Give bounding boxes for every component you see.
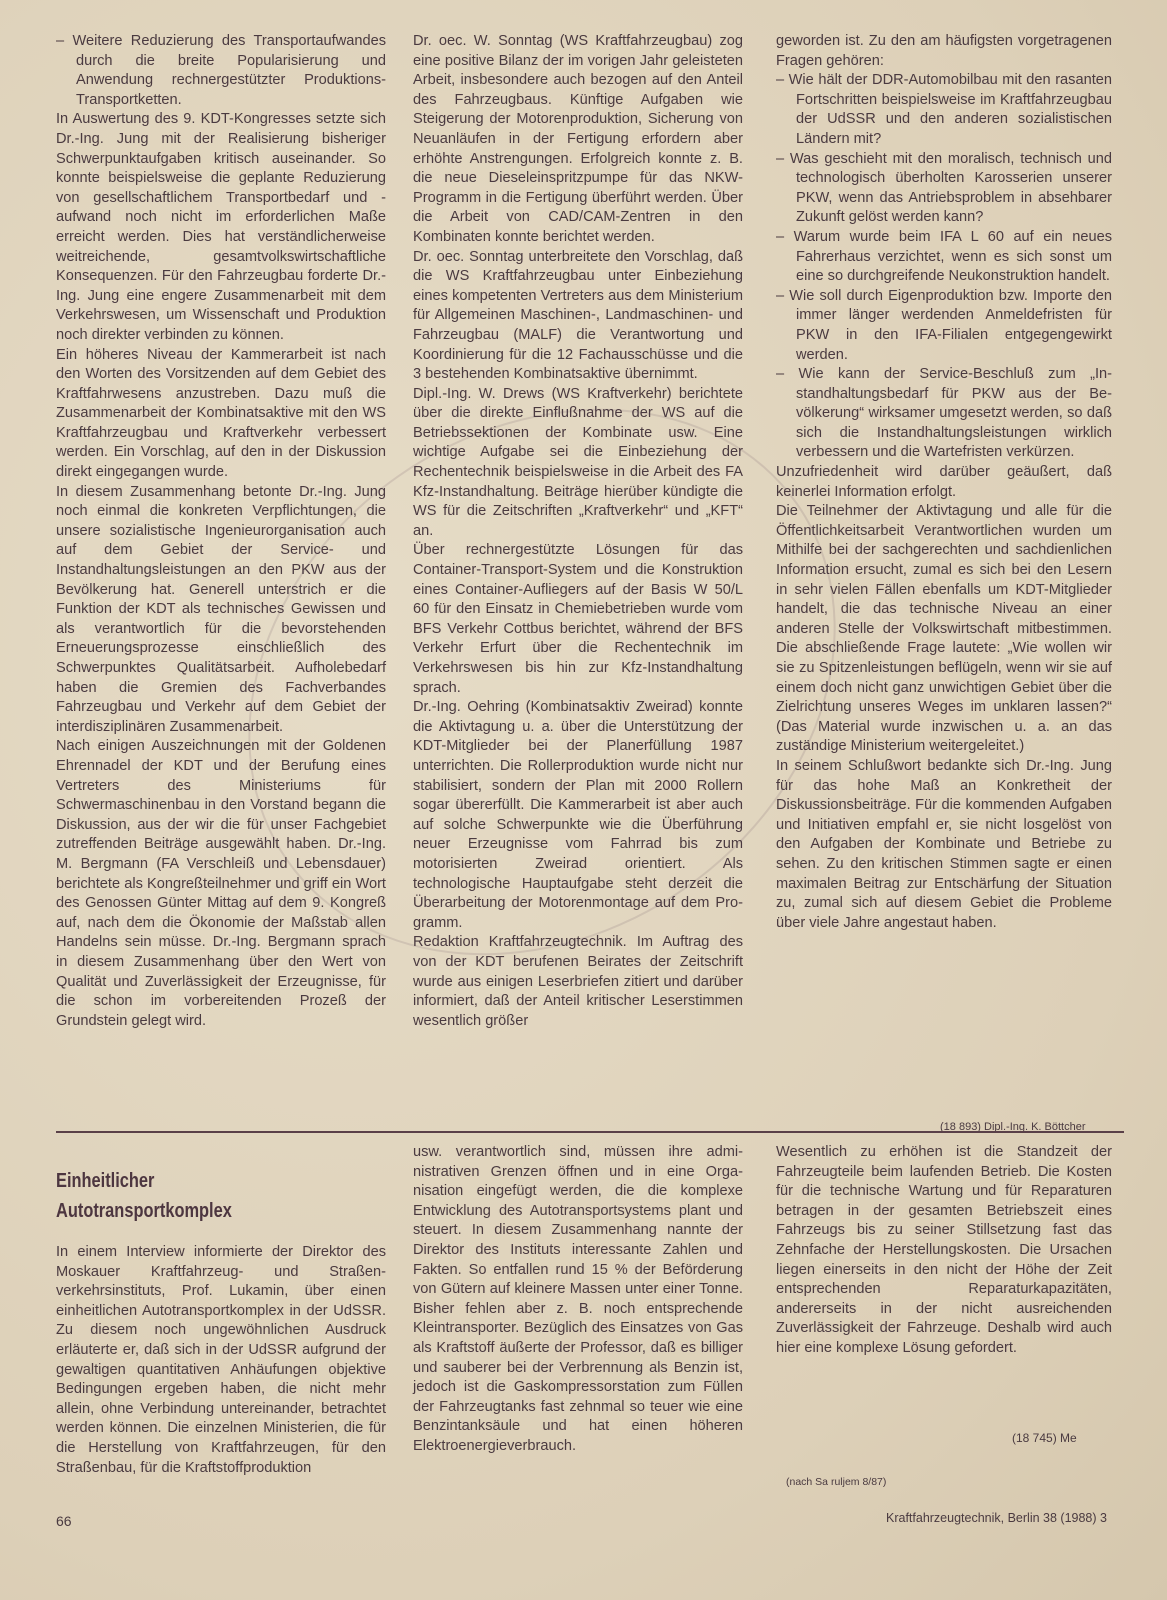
paragraph: Über rechnergestützte Lösungen für das C… <box>413 541 743 698</box>
paragraph: In diesem Zusammenhang betonte Dr.-Ing. … <box>56 483 386 738</box>
article1-column-2: Dr. oec. W. Sonntag (WS Kraftfahrzeug­ba… <box>413 32 743 1031</box>
paragraph: Ein höheres Niveau der Kammerarbeit ist … <box>56 346 386 483</box>
paragraph: In seinem Schlußwort bedankte sich Dr.-I… <box>776 757 1112 933</box>
bullet-item: – Wie hält der DDR-Automobilbau mit den … <box>776 71 1112 149</box>
article1-column-1: – Weitere Reduzierung des Transportauf­w… <box>56 32 386 1031</box>
bullet-item: – Weitere Reduzierung des Transportauf­w… <box>56 32 386 110</box>
paragraph: In Auswertung des 9. KDT-Kongresses setz… <box>56 110 386 345</box>
bullet-item: – Was geschieht mit den moralisch, tech­… <box>776 150 1112 228</box>
article2-signature: (18 745) Me <box>1012 1431 1077 1445</box>
paragraph: Dr. oec. W. Sonntag (WS Kraftfahrzeug­ba… <box>413 32 743 248</box>
paragraph: Dr. oec. Sonntag unterbreitete den Vor­s… <box>413 248 743 385</box>
article2-column-3: Wesentlich zu erhöhen ist die Standzeit … <box>776 1143 1112 1359</box>
bullet-item: – Wie kann der Service-Beschluß zum „In­… <box>776 365 1112 463</box>
paragraph: usw. verantwortlich sind, müssen ihre ad… <box>413 1143 743 1457</box>
paragraph: Nach einigen Auszeichnungen mit der Gol­… <box>56 737 386 1031</box>
bullet-item: – Wie soll durch Eigenproduktion bzw. Im… <box>776 287 1112 365</box>
paragraph: Die Teilnehmer der Aktivtagung und alle … <box>776 502 1112 757</box>
paragraph: geworden ist. Zu den am häufigsten vorge… <box>776 32 1112 71</box>
article2-column-1: In einem Interview informierte der Direk… <box>56 1243 386 1478</box>
paragraph: Dipl.-Ing. W. Drews (WS Kraftverkehr) be… <box>413 385 743 542</box>
page-number: 66 <box>56 1513 72 1529</box>
headline-line-1: Einheitlicher <box>56 1166 232 1196</box>
article2-source: (nach Sa ruljem 8/87) <box>786 1476 886 1488</box>
paragraph: Unzufriedenheit wird darüber geäußert, d… <box>776 463 1112 502</box>
bullet-item: – Warum wurde beim IFA L 60 auf ein neue… <box>776 228 1112 287</box>
magazine-page: – Weitere Reduzierung des Transportauf­w… <box>0 0 1167 1600</box>
headline-line-2: Autotransportkomplex <box>56 1196 232 1226</box>
paragraph: Redaktion Kraftfahrzeugtechnik. Im Auf­t… <box>413 933 743 1031</box>
paragraph: Wesentlich zu erhöhen ist die Standzeit … <box>776 1143 1112 1359</box>
journal-citation: Kraftfahrzeugtechnik, Berlin 38 (1988) 3 <box>886 1511 1107 1525</box>
article1-column-3: geworden ist. Zu den am häufigsten vorge… <box>776 32 1112 933</box>
paragraph: In einem Interview informierte der Direk… <box>56 1243 386 1478</box>
article2-headline: Einheitlicher Autotransportkomplex <box>56 1166 232 1226</box>
paragraph: Dr.-Ing. Oehring (Kombinatsaktiv Zweirad… <box>413 698 743 933</box>
article-divider <box>56 1131 1124 1133</box>
article2-column-2: usw. verantwortlich sind, müssen ihre ad… <box>413 1143 743 1457</box>
